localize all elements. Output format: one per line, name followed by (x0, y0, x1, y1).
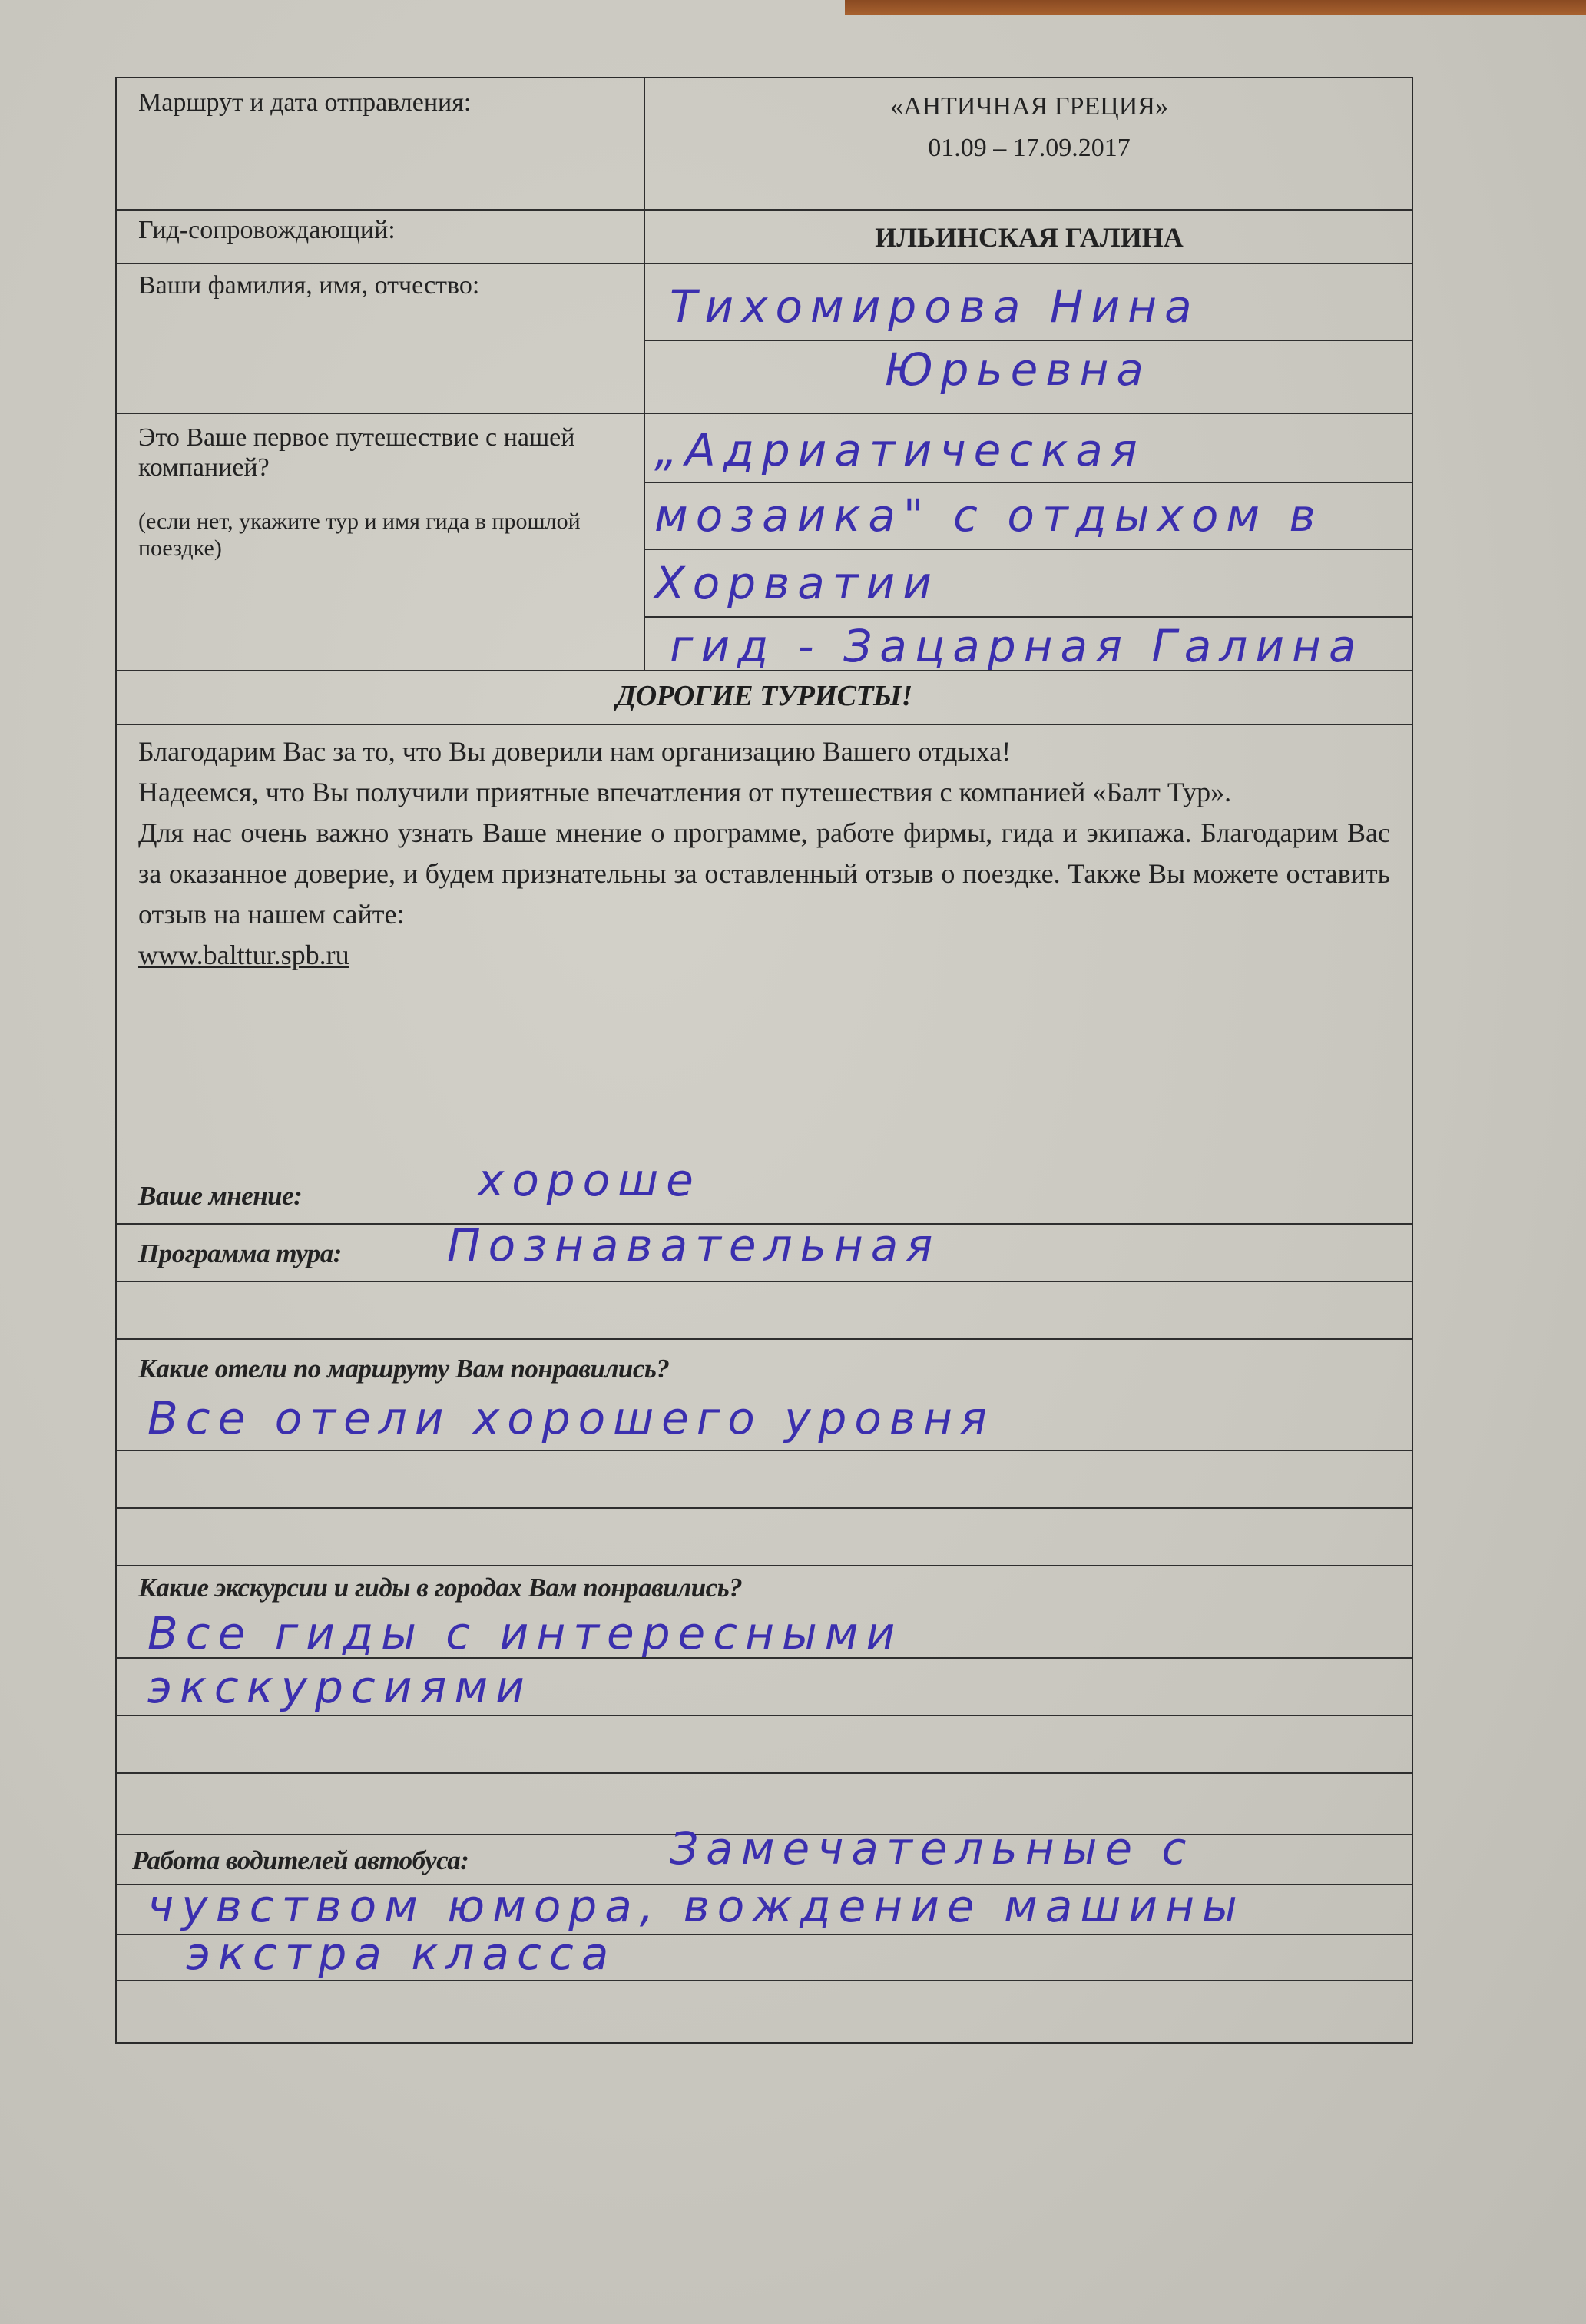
first-trip-line-3: Хорватии (654, 561, 939, 605)
first-trip-label: Это Ваше первое путешествие с нашей комп… (138, 423, 630, 482)
rule (117, 1565, 1412, 1566)
rule (644, 340, 1412, 341)
intro-p1: Благодарим Вас за то, что Вы доверили на… (138, 731, 1390, 772)
guide-value: ИЛЬИНСКАЯ ГАЛИНА (647, 221, 1412, 254)
rule (117, 1657, 1412, 1659)
name-label: Ваши фамилия, имя, отчество: (138, 270, 479, 300)
rule (644, 616, 1412, 618)
drivers-answer-2[interactable]: чувством юмора, вождение машины (147, 1884, 1245, 1928)
excursions-answer-2[interactable]: экскурсиями (147, 1665, 532, 1709)
desk-edge (845, 0, 1586, 15)
excursions-answer-1[interactable]: Все гиды с интересными (147, 1611, 902, 1656)
rule (117, 1715, 1412, 1716)
guide-label: Гид-сопровождающий: (138, 215, 396, 245)
column-divider (644, 78, 645, 670)
excursions-label: Какие экскурсии и гиды в городах Вам пон… (138, 1573, 742, 1603)
rule (117, 263, 1412, 264)
program-answer[interactable]: Познавательная (447, 1223, 940, 1268)
rule (117, 1450, 1412, 1451)
program-label: Программа тура: (138, 1238, 342, 1269)
opinion-label: Ваше мнение: (138, 1181, 302, 1212)
route-label: Маршрут и дата отправления: (138, 88, 471, 118)
first-trip-hint: (если нет, укажите тур и имя гида в прош… (138, 509, 630, 562)
website-link[interactable]: www.balttur.spb.ru (138, 940, 349, 970)
name-line-2: Юрьевна (885, 347, 1151, 392)
rule (117, 1507, 1412, 1509)
intro-p2: Надеемся, что Вы получили приятные впеча… (138, 772, 1390, 813)
intro-heading: ДОРОГИЕ ТУРИСТЫ! (117, 679, 1412, 713)
drivers-answer-3[interactable]: экстра класса (186, 1931, 616, 1976)
rule (117, 1281, 1412, 1282)
hotels-label: Какие отели по маршруту Вам понравились? (138, 1354, 669, 1384)
first-trip-line-2: мозаика" с отдыхом в (654, 493, 1323, 538)
rule (117, 1980, 1412, 1981)
rule (117, 724, 1412, 725)
dates-value: 01.09 – 17.09.2017 (647, 134, 1412, 163)
rule (117, 209, 1412, 211)
rule (117, 1772, 1412, 1774)
rule (117, 413, 1412, 414)
drivers-label: Работа водителей автобуса: (132, 1845, 469, 1876)
rule (644, 482, 1412, 483)
route-value: «АНТИЧНАЯ ГРЕЦИЯ» (647, 92, 1412, 121)
intro-p3: Для нас очень важно узнать Ваше мнение о… (138, 813, 1390, 935)
drivers-answer-1[interactable]: Замечательные с (670, 1826, 1194, 1871)
feedback-form: Маршрут и дата отправления: «АНТИЧНАЯ ГР… (115, 77, 1413, 2044)
rule (117, 1338, 1412, 1340)
rule (644, 549, 1412, 550)
first-trip-line-4: гид - Зацарная Галина (670, 624, 1364, 668)
opinion-answer[interactable]: хороше (478, 1158, 701, 1202)
intro-text: Благодарим Вас за то, что Вы доверили на… (138, 731, 1390, 976)
hotels-answer[interactable]: Все отели хорошего уровня (147, 1396, 995, 1440)
first-trip-line-1: „Адриатическая (654, 428, 1145, 472)
rule (117, 670, 1412, 671)
name-line-1: Тихомирова Нина (670, 284, 1200, 329)
